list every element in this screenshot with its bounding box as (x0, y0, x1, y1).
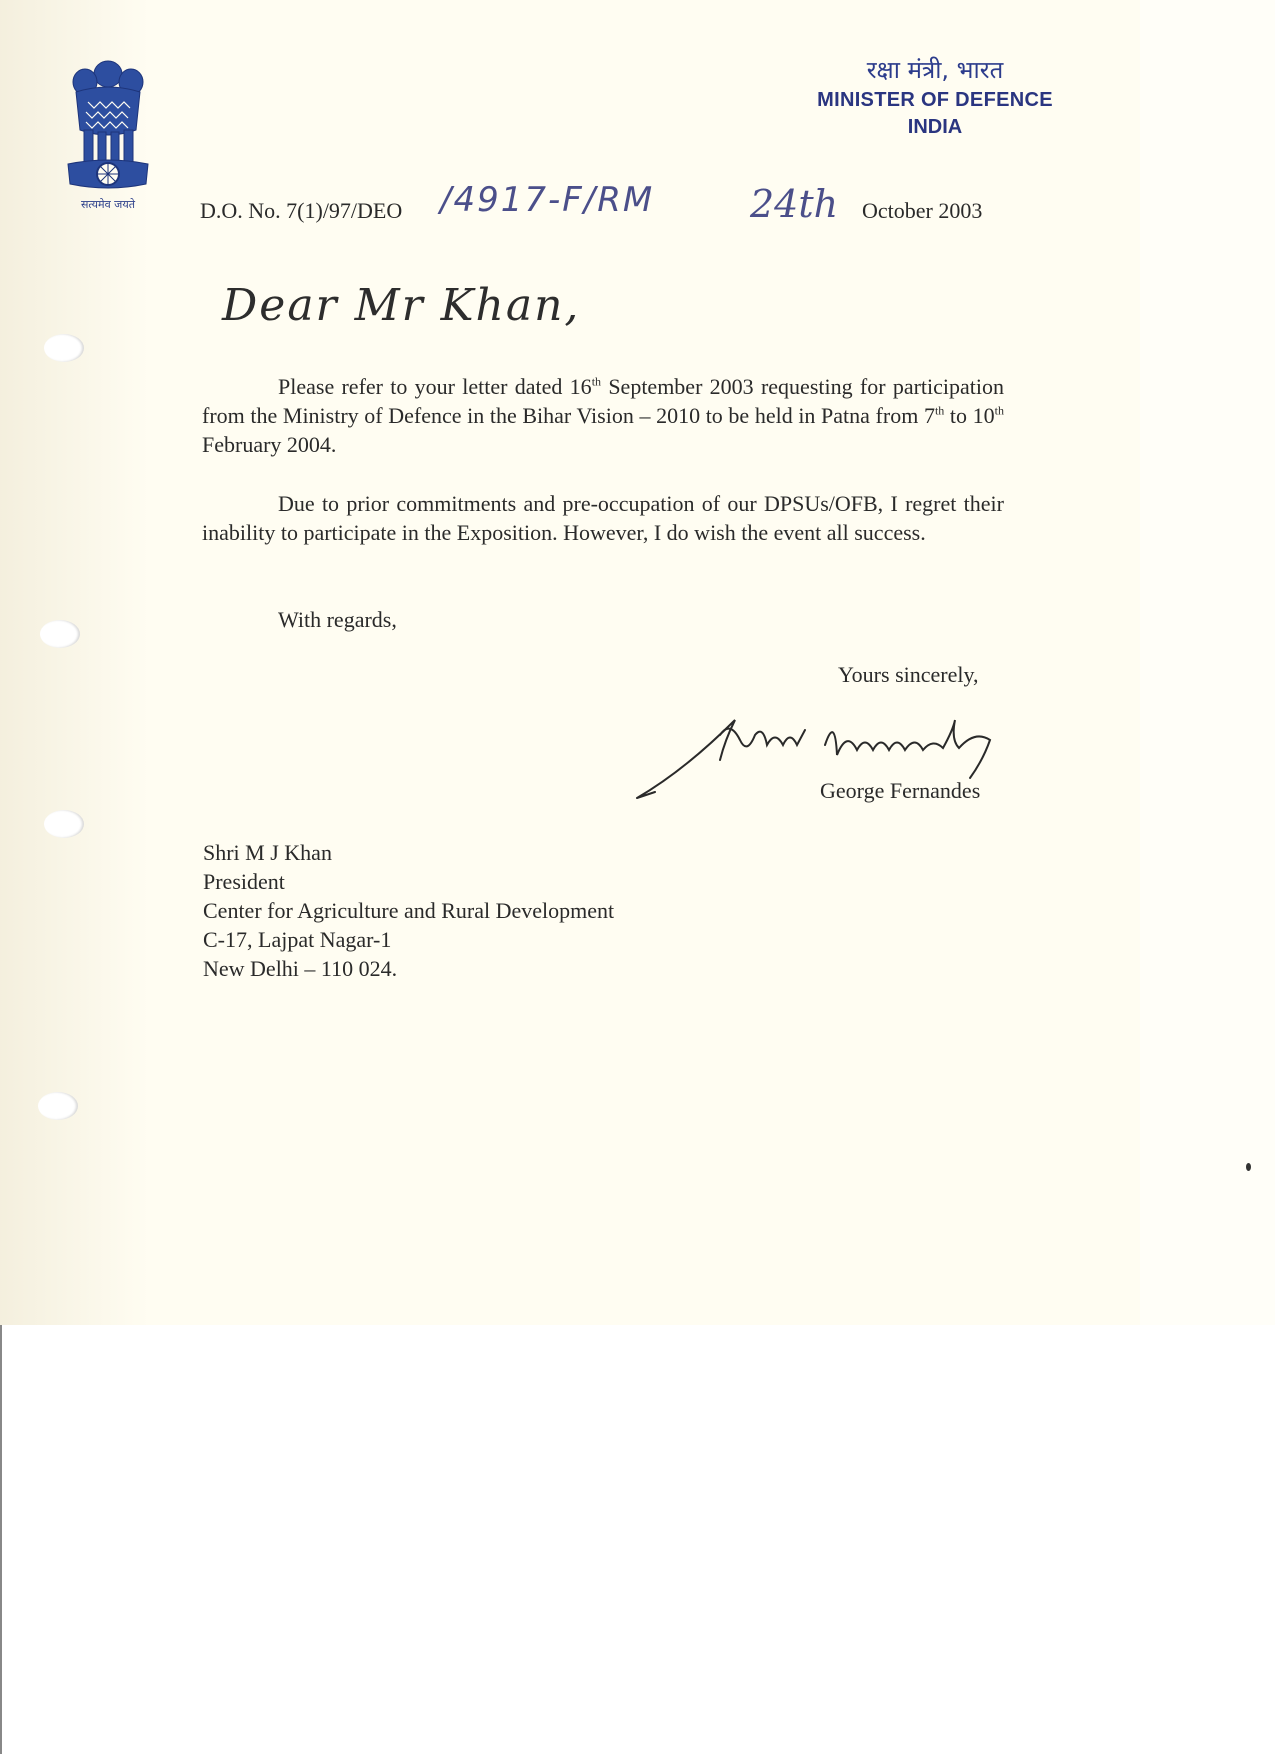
national-emblem-icon (58, 52, 158, 212)
recipient-address-line: C-17, Lajpat Nagar-1 (203, 925, 614, 954)
recipient-name: Shri M J Khan (203, 838, 614, 867)
reference-number: D.O. No. 7(1)/97/DEO (200, 198, 402, 224)
valediction: Yours sincerely, (838, 662, 979, 688)
paper-edge (1140, 0, 1275, 1325)
scan-speck (1246, 1163, 1251, 1171)
handwritten-reference: /4917-F/RM (440, 180, 654, 220)
punch-hole (44, 810, 84, 838)
letterhead-title: MINISTER OF DEFENCE (780, 86, 1090, 114)
scan-edge-line (0, 1325, 2, 1754)
recipient-organization: Center for Agriculture and Rural Develop… (203, 896, 614, 925)
letterhead-country: INDIA (780, 114, 1090, 140)
recipient-address: Shri M J Khan President Center for Agric… (203, 838, 614, 983)
recipient-city: New Delhi – 110 024. (203, 954, 614, 983)
punch-hole (44, 334, 84, 362)
regards-line: With regards, (278, 607, 397, 633)
paragraph-1: Please refer to your letter dated 16th S… (202, 372, 1004, 459)
signatory-name: George Fernandes (820, 778, 980, 804)
handwritten-salutation: Dear Mr Khan, (222, 280, 580, 331)
letter-date: October 2003 (862, 198, 982, 224)
punch-hole (40, 620, 80, 648)
handwritten-date-day: 24th (750, 182, 838, 226)
paragraph-2: Due to prior commitments and pre-occupat… (202, 489, 1004, 547)
letterhead: रक्षा मंत्री, भारत MINISTER OF DEFENCE I… (780, 54, 1090, 140)
emblem-motto: सत्यमेव जयते (60, 197, 156, 212)
recipient-designation: President (203, 867, 614, 896)
letterhead-hindi-title: रक्षा मंत्री, भारत (780, 54, 1090, 86)
punch-hole (38, 1092, 78, 1120)
